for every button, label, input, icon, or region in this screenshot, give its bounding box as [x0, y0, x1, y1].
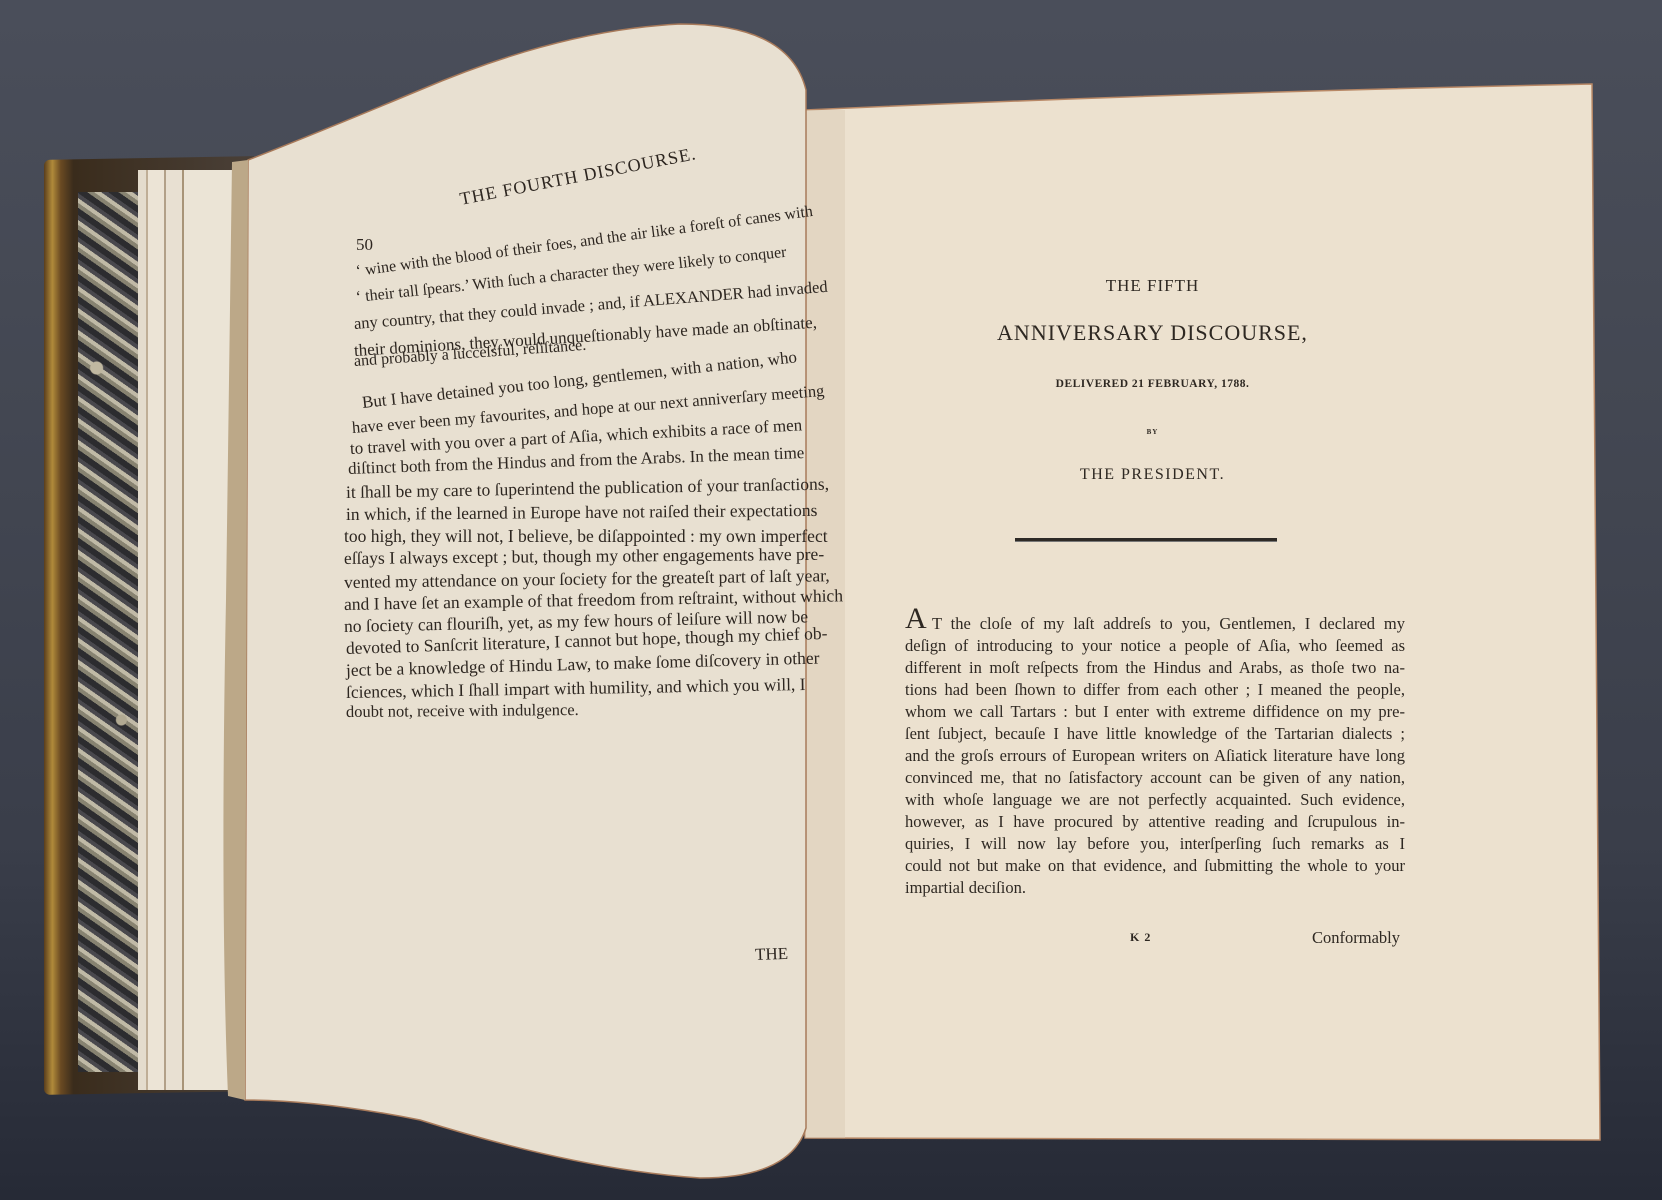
- text-line: whom we call Tartars : but I enter with …: [905, 702, 1405, 722]
- signature-mark: K 2: [1130, 930, 1151, 945]
- author-line: THE PRESIDENT.: [0, 466, 1662, 484]
- text-line: convinced me, that no ſatisfactory accou…: [905, 768, 1405, 788]
- by-line: BY: [0, 428, 1662, 436]
- title-line-1: THE FIFTH: [0, 276, 1662, 296]
- text-line: quiries, I will now lay before you, inte…: [905, 834, 1405, 854]
- text-line: however, as I have procured by attentive…: [905, 812, 1405, 832]
- text-line: and the groſs errours of European writer…: [905, 746, 1405, 766]
- delivered-date: DELIVERED 21 FEBRUARY, 1788.: [0, 378, 1662, 390]
- title-rule: [1015, 538, 1277, 542]
- left-page-number: 50: [356, 236, 373, 253]
- text-line: with whoſe language we are not perfectly…: [905, 790, 1405, 810]
- title-line-2: ANNIVERSARY DISCOURSE,: [0, 320, 1662, 346]
- text-line: too high, they will not, I believe, be d…: [344, 528, 828, 546]
- right-catchword: Conformably: [1312, 928, 1400, 948]
- text-line: could not but make on that evidence, and…: [905, 856, 1405, 876]
- text-line: impartial deciſion.: [905, 878, 1026, 898]
- text-line: eſſays I always except ; but, though my …: [344, 546, 824, 568]
- left-catchword: THE: [755, 945, 789, 963]
- text-line: tions had been ſhown to differ from each…: [905, 680, 1405, 700]
- text-line: deſign of introducing to your notice a p…: [905, 636, 1405, 656]
- text-line: T the cloſe of my laſt addreſs to you, G…: [932, 614, 1405, 634]
- text-line: doubt not, receive with indulgence.: [346, 702, 579, 721]
- text-line: different in moſt reſpects from the Hind…: [905, 658, 1405, 678]
- text-line: in which, if the learned in Europe have …: [346, 502, 817, 524]
- text-line: ſent ſubject, becauſe I have little know…: [905, 724, 1405, 744]
- drop-cap: A: [905, 604, 927, 634]
